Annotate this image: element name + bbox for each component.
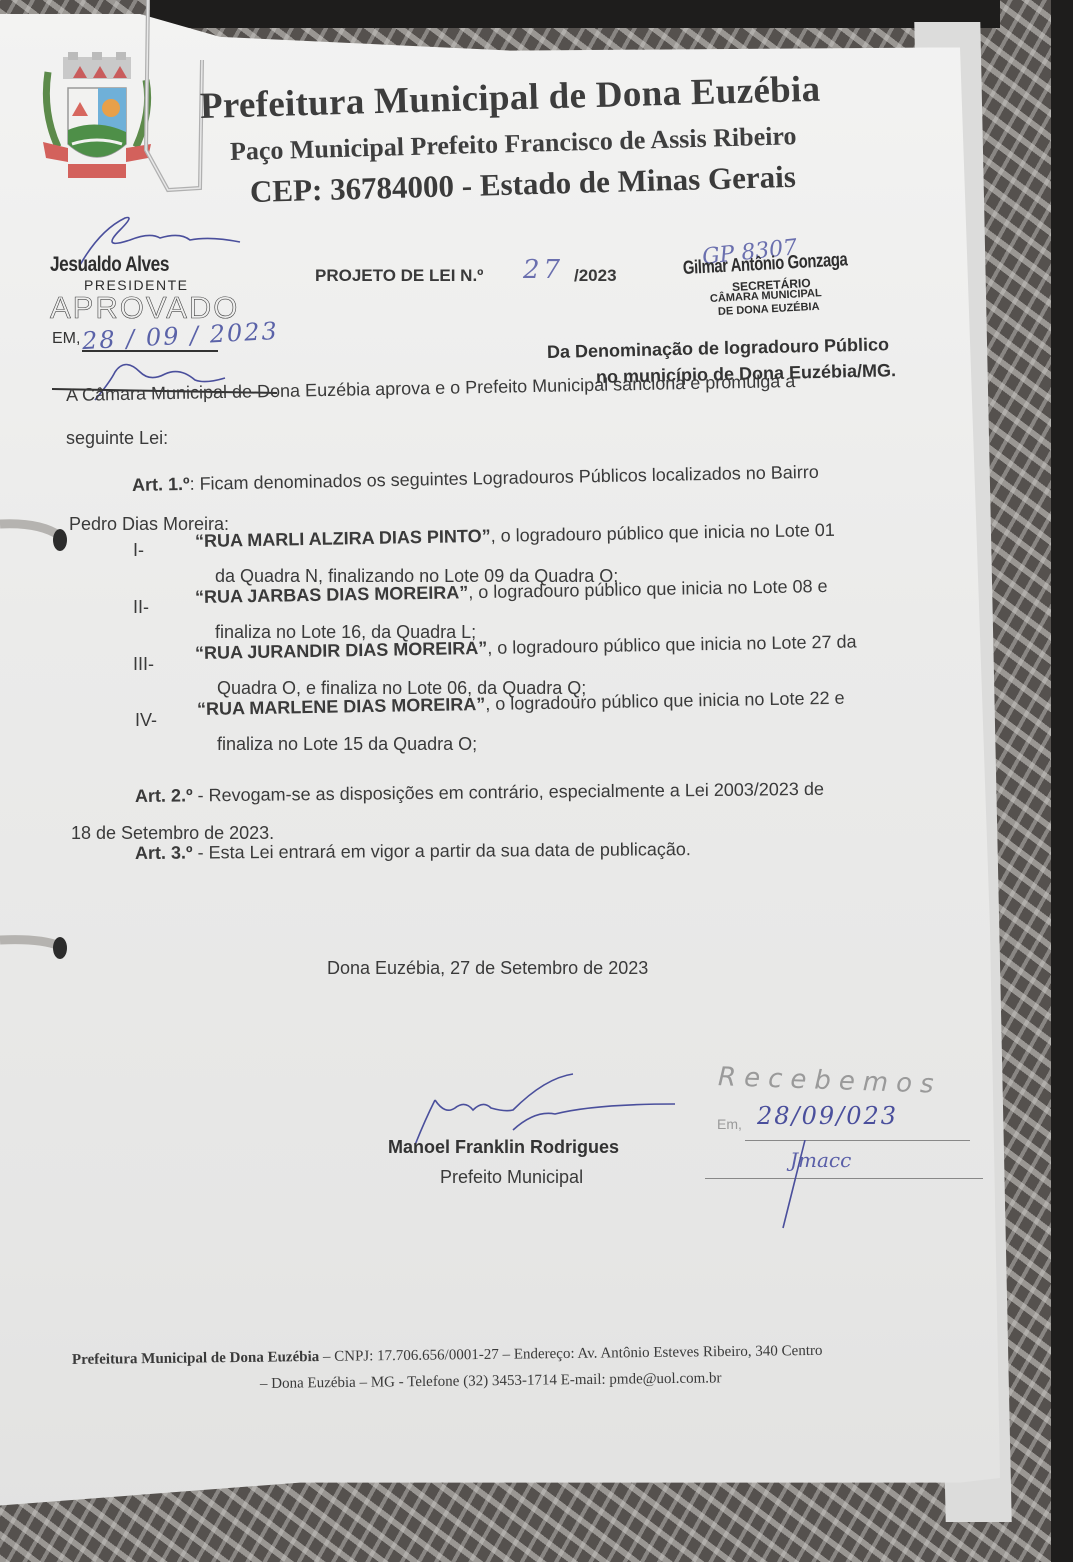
art2-line2: 18 de Setembro de 2023. (71, 823, 274, 844)
received-signature-stroke-icon (775, 1140, 815, 1230)
mayor-name: Manoel Franklin Rodrigues (388, 1137, 619, 1158)
binder-ring-icon (0, 928, 72, 962)
mayor-role: Prefeito Municipal (440, 1167, 583, 1188)
art3-label: Art. 3.º (135, 843, 193, 863)
coat-of-arms-icon (38, 52, 156, 182)
art2-label: Art. 2.º (135, 785, 193, 806)
art1-label: Art. 1.º (132, 474, 190, 495)
item-numeral: III- (133, 654, 154, 675)
item-numeral: II- (133, 597, 149, 618)
list-item-continuation: finaliza no Lote 15 da Quadra O; (217, 734, 477, 755)
preamble-line2: seguinte Lei: (66, 428, 168, 449)
bill-label: PROJETO DE LEI N.º (315, 266, 483, 286)
approved-date-label: EM, (52, 330, 80, 348)
background-shadow (150, 0, 1000, 28)
president-name: Jesualdo Alves (50, 253, 169, 277)
item-numeral: IV- (135, 710, 157, 731)
item-numeral: I- (133, 540, 144, 561)
received-date-handwritten: 28/09/023 (757, 1102, 898, 1130)
date-place: Dona Euzébia, 27 de Setembro de 2023 (327, 958, 648, 979)
received-date-label: Em, (717, 1116, 742, 1132)
art3-line: Art. 3.º - Esta Lei entrará em vigor a p… (135, 839, 691, 864)
background-shadow-right (1051, 0, 1073, 1562)
bill-year: /2023 (574, 266, 617, 286)
binder-ring-icon (0, 518, 72, 552)
bill-number: 27 (523, 255, 564, 285)
received-signature-line (705, 1178, 983, 1179)
